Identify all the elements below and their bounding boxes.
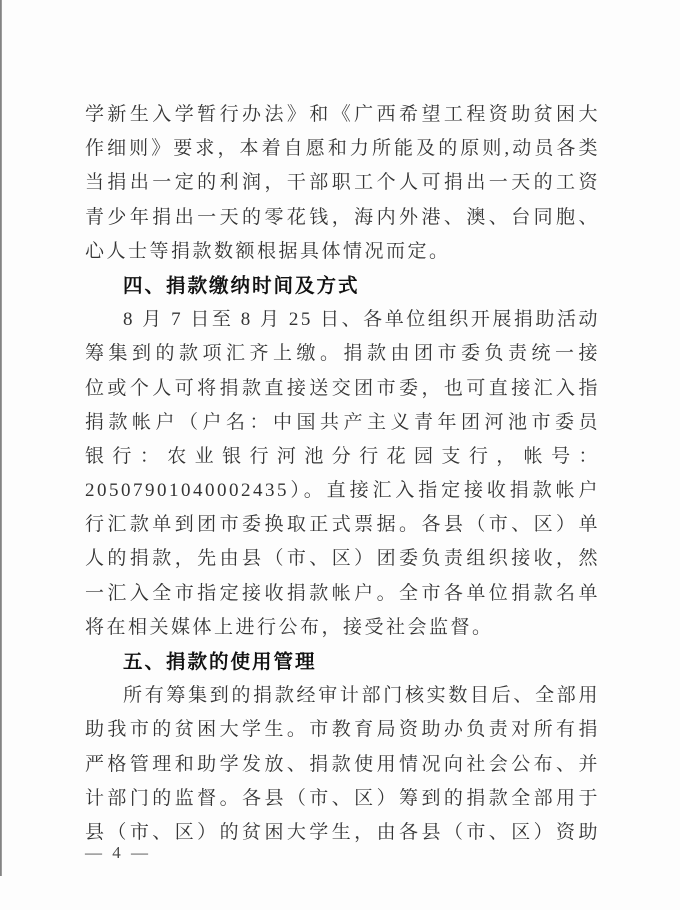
section-heading-4: 四、捐款缴纳时间及方式	[85, 269, 600, 303]
text-line: 一汇入全市指定接收捐款帐户。全市各单位捐款名单及数额，	[85, 577, 600, 611]
text-line: 所有筹集到的捐款经审计部门核实数目后、全部用于资	[85, 679, 600, 713]
document-body: 学新生入学暂行办法》和《广西希望工程资助贫困大学生工 作细则》要求，本着自愿和力…	[85, 98, 600, 850]
text-line: 学新生入学暂行办法》和《广西希望工程资助贫困大学生工	[85, 98, 600, 132]
section-heading-5: 五、捐款的使用管理	[85, 645, 600, 679]
text-line: 捐款帐户（户名：中国共产主义青年团河池市委员会，开户	[85, 406, 600, 440]
text-line: 心人士等捐款数额根据具体情况而定。	[85, 235, 600, 269]
document-page: 学新生入学暂行办法》和《广西希望工程资助贫困大学生工 作细则》要求，本着自愿和力…	[0, 0, 680, 910]
text-line: 位或个人可将捐款直接送交团市委，也可直接汇入指定接收	[85, 372, 600, 406]
text-line: 当捐出一定的利润，干部职工个人可捐出一天的工资收入，	[85, 166, 600, 200]
text-line: 将在相关媒体上进行公布，接受社会监督。	[85, 611, 600, 645]
text-line: 严格管理和助学发放、捐款使用情况向社会公布、并接受审	[85, 748, 600, 782]
text-line: 8 月 7 日至 8 月 25 日、各单位组织开展捐助活动并将所	[85, 303, 600, 337]
page-number: — 4 —	[85, 842, 151, 864]
text-line: 作细则》要求，本着自愿和力所能及的原则,动员各类企业适	[85, 132, 600, 166]
text-line: 县（市、区）的贫困大学生，由各县（市、区）资助办监督	[85, 816, 600, 850]
text-line: 20507901040002435）。直接汇入指定接收捐款帐户的，凭银	[85, 474, 600, 508]
text-line: 计部门的监督。各县（市、区）筹到的捐款全部用于资助本	[85, 782, 600, 816]
scan-edge-line	[0, 0, 2, 876]
text-line: 行汇款单到团市委换取正式票据。各县（市、区）单位或个	[85, 508, 600, 542]
text-line: 筹集到的款项汇齐上缴。捐款由团市委负责统一接收、各单	[85, 337, 600, 371]
text-line: 人的捐款，先由县（市、区）团委负责组织接收，然后再统	[85, 542, 600, 576]
text-line: 青少年捐出一天的零花钱，海内外港、澳、台同胞、社会热	[85, 201, 600, 235]
text-line: 助我市的贫困大学生。市教育局资助办负责对所有捐款进行	[85, 713, 600, 747]
text-line: 银行：农业银行河池分行花园支行，帐号：	[85, 440, 600, 474]
